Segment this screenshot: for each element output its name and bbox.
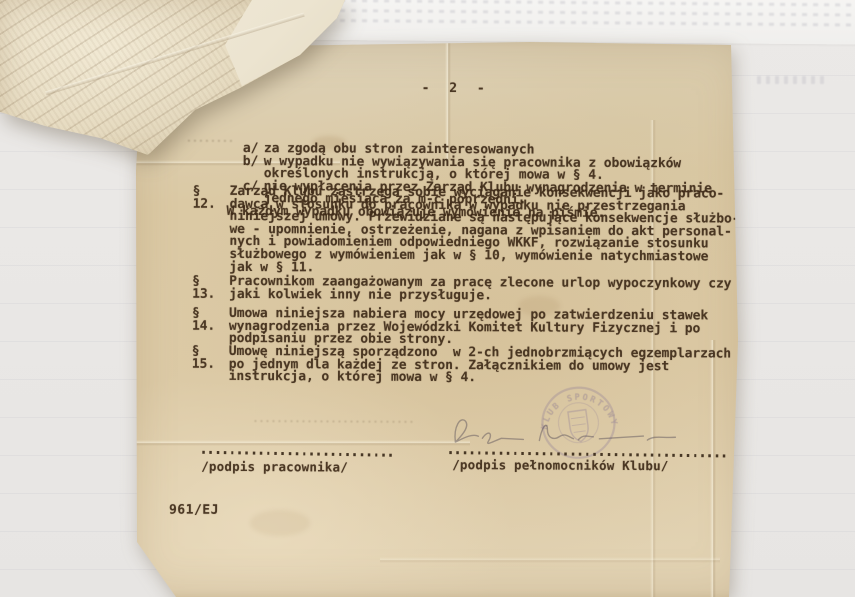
- folded-paper-shadow-wrap: [0, 0, 855, 597]
- photo-of-contract-page: - 2 - a/ za zgodą obu stron zainteresowa…: [0, 0, 855, 597]
- folded-paper-corner: [0, 0, 350, 165]
